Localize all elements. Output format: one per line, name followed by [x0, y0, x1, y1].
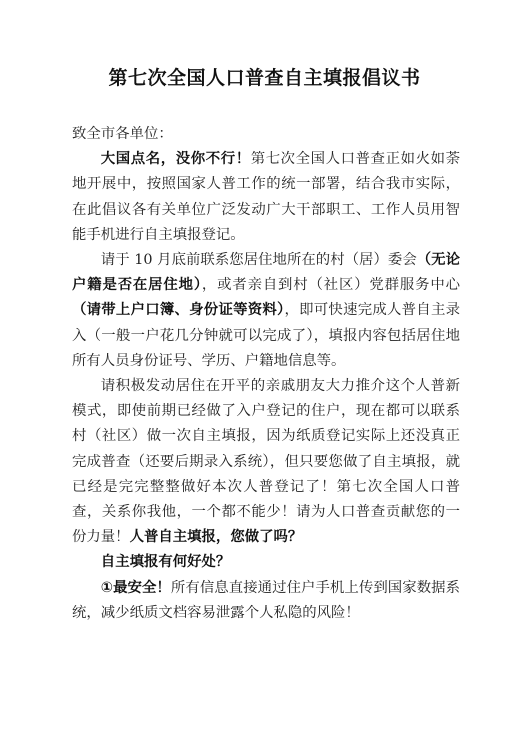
circled-number-one-icon: ① [101, 580, 113, 596]
benefit-item-1: ①最安全！所有信息直接通过住户手机上传到国家数据系统，减少纸质文档容易泄露个人私… [72, 576, 460, 626]
paragraph-instructions: 请于 10 月底前联系您居住地所在的村（居）委会（无论户籍是否在居住地），或者亲… [72, 248, 460, 374]
benefits-heading: 自主填报有何好处？ [101, 554, 231, 570]
bold-note-documents: （请带上户口簿、身份证等资料） [72, 302, 284, 318]
document-page: 第七次全国人口普查自主填报倡议书 致全市各单位： 大国点名，没你不行！第七次全国… [0, 0, 529, 747]
paragraph-promotion: 请积极发动居住在开平的亲戚朋友大力推介这个人普新模式，即使前期已经做了入户登记的… [72, 374, 460, 550]
paragraph-text: 请于 10 月底前联系您居住地所在的村（居）委会 [101, 252, 417, 268]
salutation: 致全市各单位： [72, 122, 460, 147]
subheading-benefits: 自主填报有何好处？ [72, 550, 460, 575]
document-title: 第七次全国人口普查自主填报倡议书 [0, 63, 529, 90]
benefit-label: 最安全！ [113, 580, 171, 596]
document-body: 致全市各单位： 大国点名，没你不行！第七次全国人口普查正如火如荼地开展中，按照国… [72, 122, 460, 626]
bold-question: 人普自主填报，您做了吗？ [130, 529, 303, 545]
paragraph-text: 请积极发动居住在开平的亲戚朋友大力推介这个人普新模式，即使前期已经做了入户登记的… [72, 378, 460, 545]
paragraph-call-to-action: 大国点名，没你不行！第七次全国人口普查正如火如荼地开展中，按照国家人普工作的统一… [72, 147, 460, 248]
paragraph-text: ，或者亲自到村（社区）党群服务中心 [202, 277, 460, 293]
bold-slogan: 大国点名，没你不行！ [101, 151, 251, 167]
